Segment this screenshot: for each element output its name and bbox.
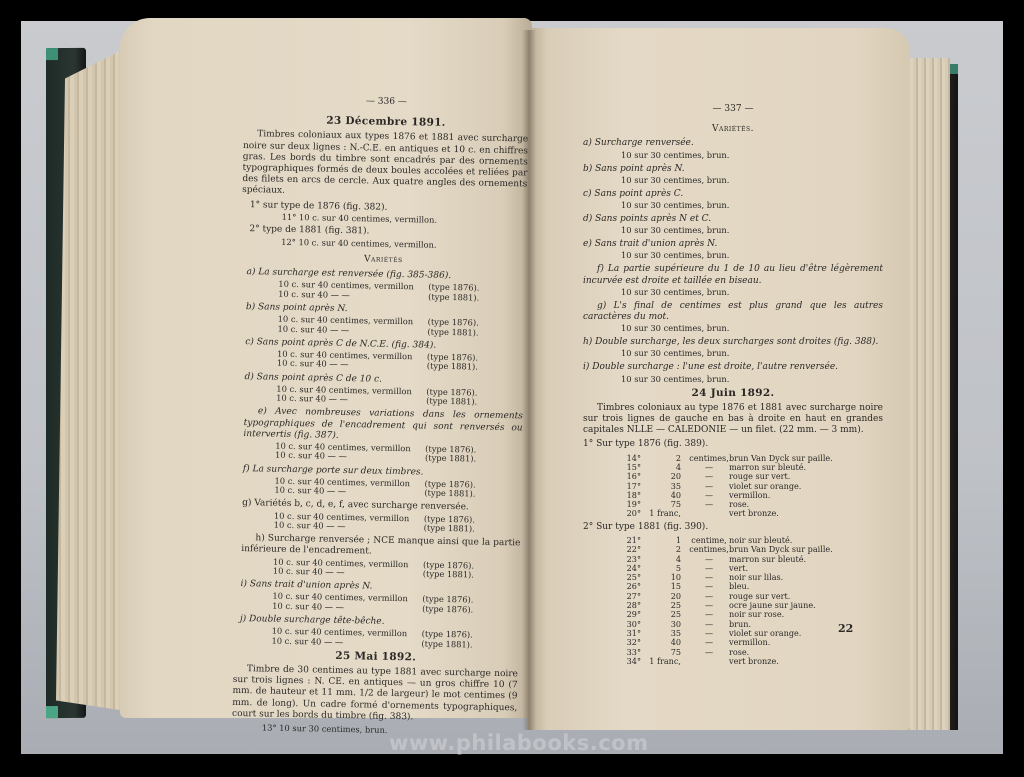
variety-price: 10 sur 30 centimes, brun.: [583, 175, 883, 185]
variety-label: d) Sans point après C de 10 c.: [244, 372, 382, 385]
page-stack-right: [905, 58, 950, 730]
section-heading: 23 Décembre 1891.: [243, 114, 528, 131]
variety-label: b) Sans point après N.: [583, 164, 685, 174]
table-row: 34°1 franc,vert bronze.: [619, 657, 883, 666]
variety-label: e) Sans trait d'union après N.: [583, 239, 717, 249]
section-heading: 24 Juin 1892.: [583, 388, 883, 399]
variety-label: d) Sans points après N et C.: [583, 214, 711, 224]
table-row: 18°40—vermillon.: [619, 491, 883, 500]
variety-label: f) La partie supérieure du 1 de 10 au li…: [583, 264, 883, 285]
variety-label: a) Surcharge renversée.: [583, 138, 694, 148]
section-intro: Timbres coloniaux aux types 1876 et 1881…: [242, 129, 528, 202]
section-intro: Timbre de 30 centimes au type 1881 avec …: [232, 664, 518, 725]
page-number: — 337 —: [583, 104, 883, 115]
table-row: 32°40—vermillon.: [619, 638, 883, 647]
variety-label: c) Sans point après C de N.C.E. (fig. 38…: [245, 337, 436, 351]
variety-price: 10 sur 30 centimes, brun.: [583, 150, 883, 160]
variety-price: 10 sur 30 centimes, brun.: [583, 348, 883, 358]
variety-label: c) Sans point après C.: [583, 189, 683, 199]
variety-label: b) Sans point après N.: [246, 302, 348, 314]
table-row: 29°25—noir sur rose.: [619, 610, 883, 619]
variety-label: i) Sans trait d'union après N.: [240, 579, 372, 592]
variety-price: 10 sur 30 centimes, brun.: [583, 323, 883, 333]
variety-price: 10 sur 30 centimes, brun.: [583, 250, 883, 260]
variety-price: 10 sur 30 centimes, brun.: [583, 374, 883, 384]
variety-label: h) Surcharge renversée ; NCE manque ains…: [241, 534, 520, 557]
variety-label: i) Double surcharge : l'une est droite, …: [583, 362, 838, 372]
variety-price: 10 sur 30 centimes, brun.: [583, 225, 883, 235]
variety-label: j) Double surcharge tête-bêche.: [240, 614, 385, 627]
variety-label: f) La surcharge porte sur deux timbres.: [243, 464, 424, 477]
table-row: 23°4—marron sur bleuté.: [619, 555, 883, 564]
variety-list: a) La surcharge est renversée (fig. 385-…: [233, 267, 525, 650]
table-row: 25°10—noir sur lilas.: [619, 573, 883, 582]
variety-price: 10 sur 30 centimes, brun.: [583, 287, 883, 297]
variety-price: 10 sur 30 centimes, brun.: [583, 200, 883, 210]
stamp-table-1881: 21°1centime,noir sur bleuté. 22°2centime…: [619, 536, 883, 666]
left-page-text: — 336 — 23 Décembre 1891. Timbres coloni…: [232, 94, 529, 738]
type-label: 1° Sur type 1876 (fig. 389).: [583, 439, 883, 450]
stamp-table-1876: 14°2centimes,brun Van Dyck sur paille. 1…: [619, 454, 883, 519]
variety-label: e) Avec nombreuses variations dans les o…: [243, 407, 523, 441]
variety-label: h) Double surcharge, les deux surcharges…: [583, 337, 878, 347]
type-label: 2° Sur type 1881 (fig. 390).: [583, 522, 883, 533]
signature-mark: 22: [838, 622, 853, 635]
right-page-text: — 337 — Variétés. a) Surcharge renversée…: [583, 104, 883, 669]
table-row: 20°1 franc,vert bronze.: [619, 509, 883, 518]
varieties-heading: Variétés: [241, 252, 526, 269]
section-intro: Timbres coloniaux au type 1876 et 1881 a…: [583, 403, 883, 437]
section-heading: 25 Mai 1892.: [233, 649, 518, 666]
variety-label: g) L's final de centimes est plus grand …: [583, 301, 883, 322]
varieties-heading: Variétés.: [583, 124, 883, 135]
watermark: www.philabooks.com: [389, 731, 648, 755]
